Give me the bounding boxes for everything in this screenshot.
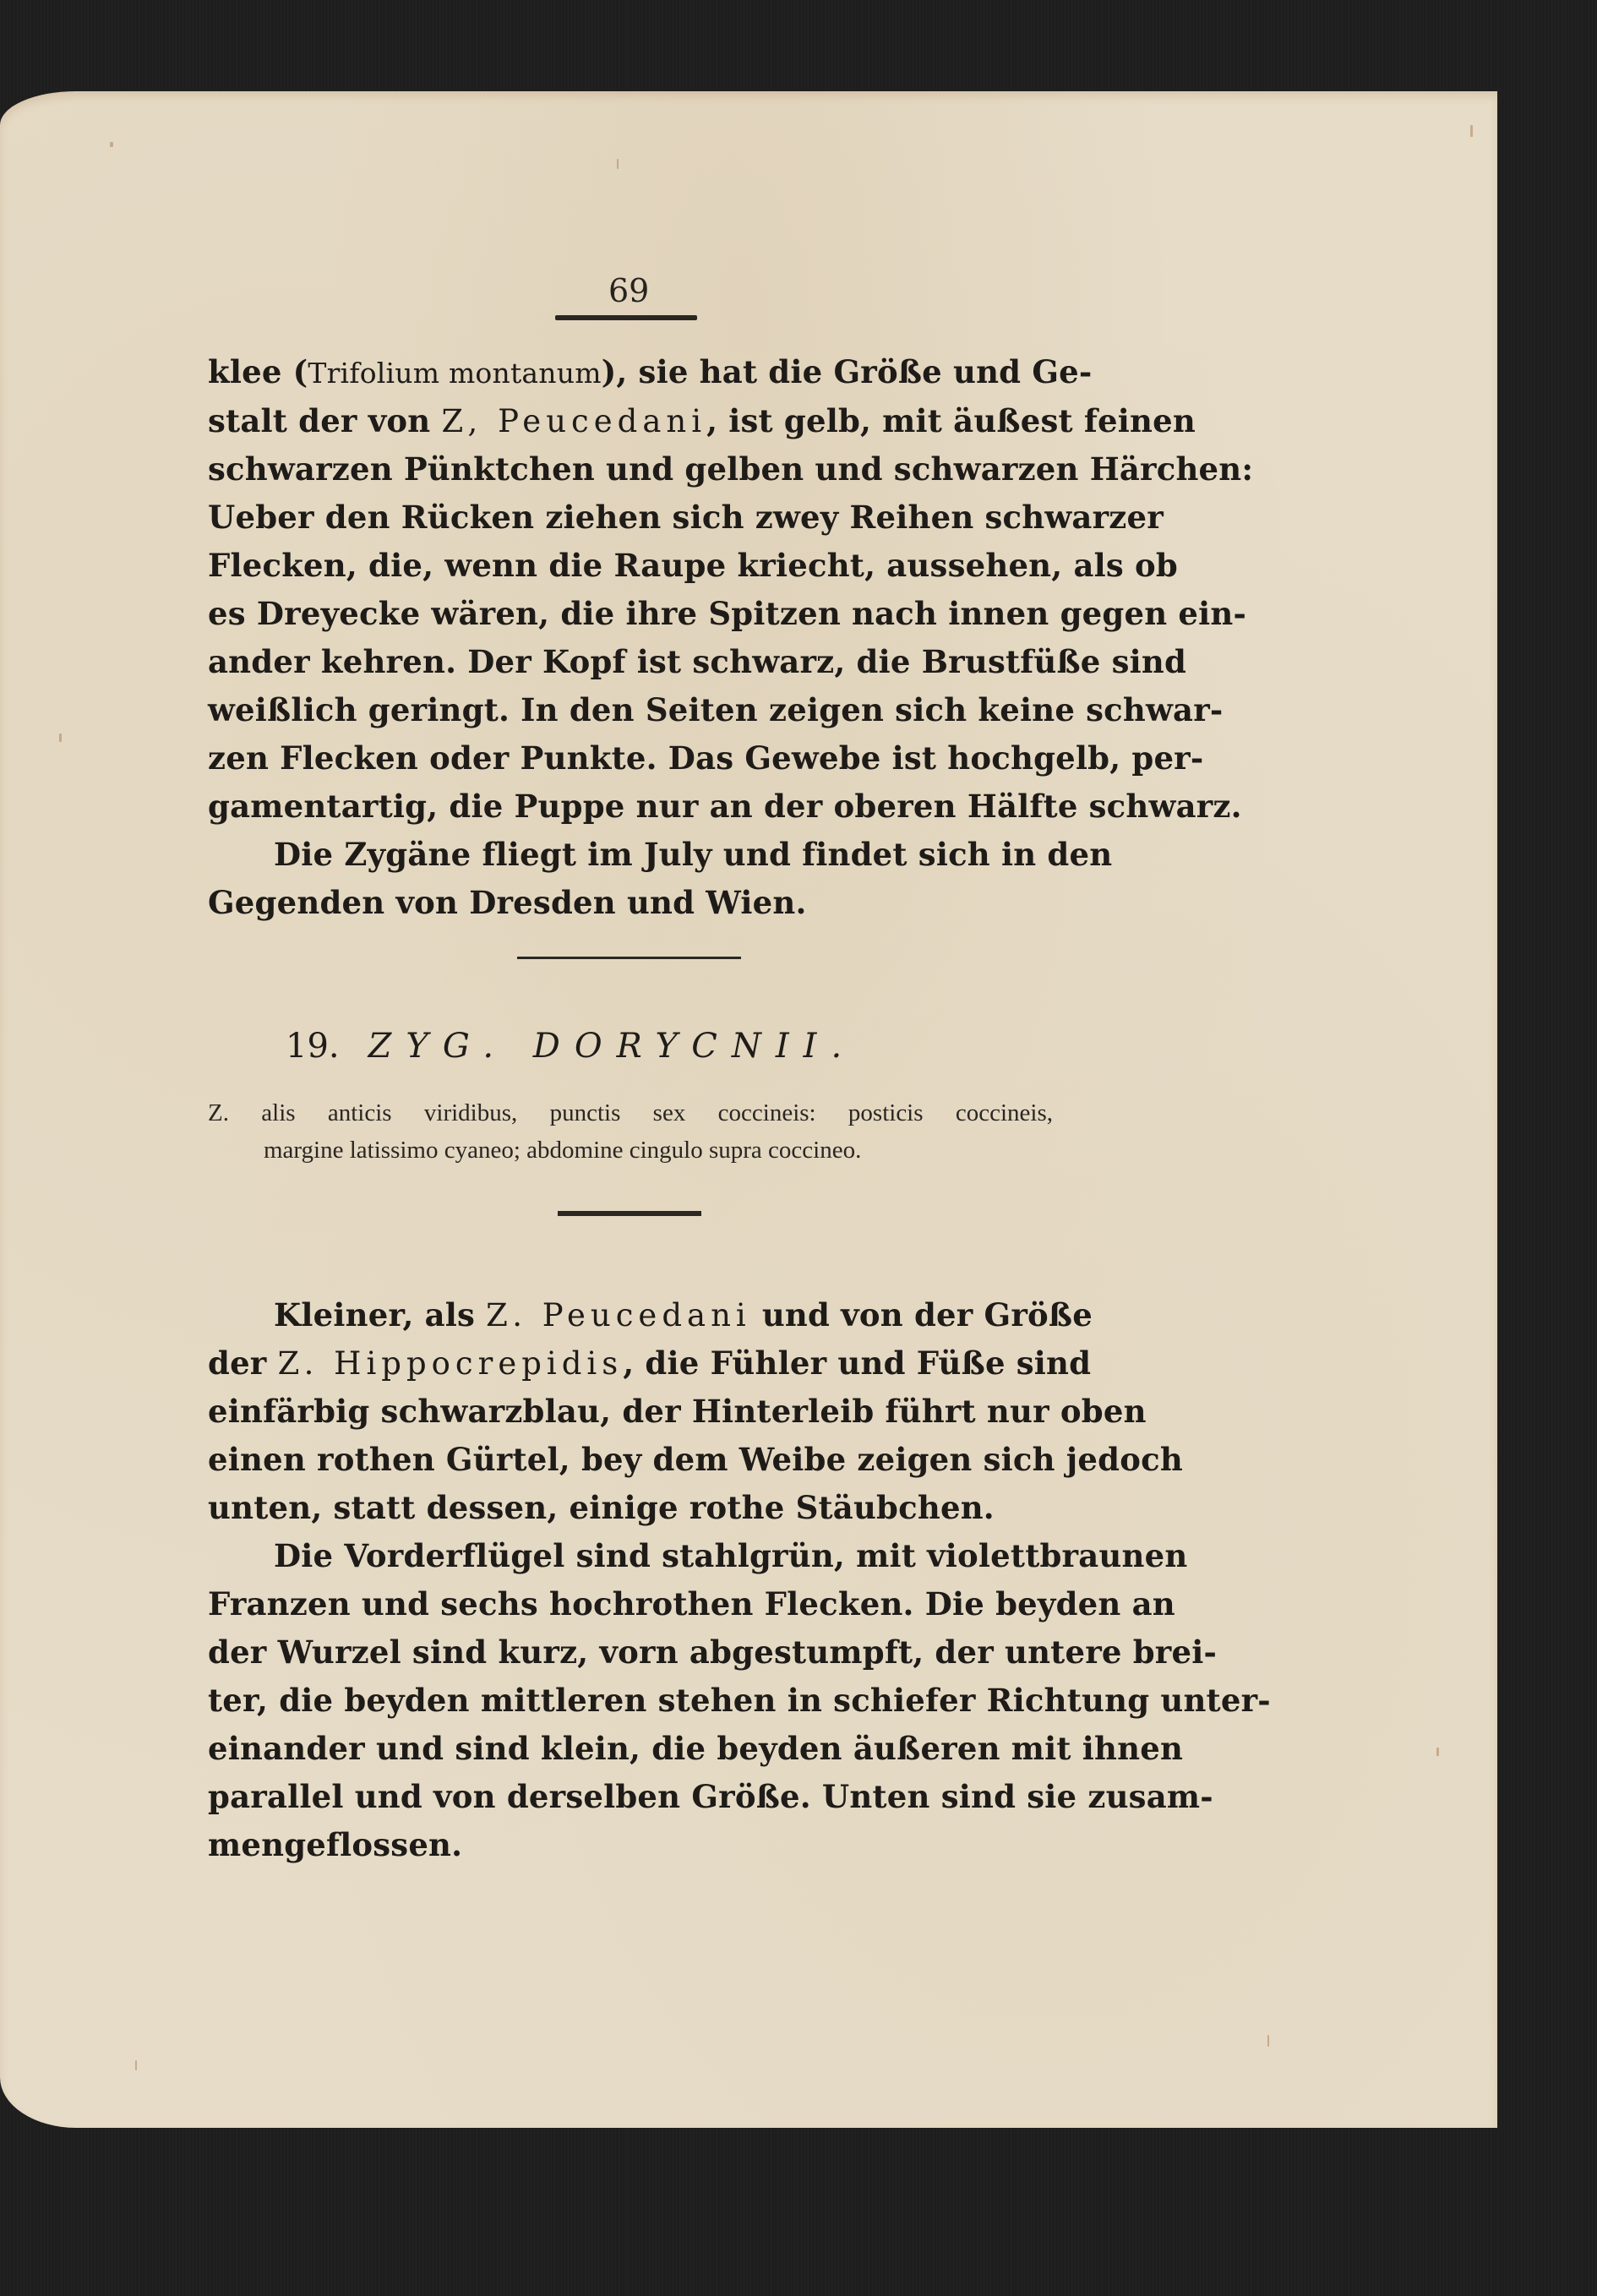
text-line: Die Zygäne fliegt im July und findet sic… (208, 831, 1044, 879)
paper-speck (1436, 1748, 1439, 1756)
text-line: einander und sind klein, die beyden äuße… (208, 1725, 1044, 1773)
paper-speck (59, 734, 62, 742)
text-line: klee (Trifolium montanum), sie hat die G… (208, 348, 1044, 397)
text-line: Flecken, die, wenn die Raupe kriecht, au… (208, 542, 1044, 590)
text-line: ander kehren. Der Kopf ist schwarz, die … (208, 638, 1044, 686)
text-line: Franzen und sechs hochrothen Flecken. Di… (208, 1580, 1044, 1628)
section-title: ZYG. DORYCNII. (368, 1027, 857, 1066)
paragraph-species-description: Kleiner, als Z. Peucedani und von der Gr… (208, 1291, 1044, 1869)
latin-plant-name: Trifolium montanum (308, 357, 601, 390)
text-line: der Wurzel sind kurz, vorn abgestumpft, … (208, 1628, 1044, 1677)
paper-speck (1267, 2035, 1269, 2047)
text-line: parallel und von derselben Größe. Unten … (208, 1773, 1044, 1821)
text-line: stalt der von Z, Peucedani, ist gelb, mi… (208, 397, 1044, 445)
paper-speck (1470, 125, 1473, 137)
diagnosis-separator (558, 1211, 701, 1216)
latin-diagnosis: Z. alis anticis viridibus, punctis sex c… (208, 1094, 1053, 1169)
text-line: der Z. Hippocrepidis, die Fühler und Füß… (208, 1339, 1044, 1388)
text-line: Ueber den Rücken ziehen sich zwey Reihen… (208, 494, 1044, 542)
text-line: Gegenden von Dresden und Wien. (208, 879, 1044, 927)
text-line: gamentartig, die Puppe nur an der oberen… (208, 783, 1044, 831)
text-line: weißlich geringt. In den Seiten zeigen s… (208, 686, 1044, 734)
diagnosis-line: margine latissimo cyaneo; abdomine cingu… (208, 1132, 1053, 1169)
section-number: 19. (286, 1027, 340, 1066)
text-line: unten, statt dessen, einige rothe Stäubc… (208, 1484, 1044, 1532)
text-line: einen rothen Gürtel, bey dem Weibe zeige… (208, 1436, 1044, 1484)
header-rule (555, 315, 697, 320)
text-line: ter, die beyden mittleren stehen in schi… (208, 1677, 1044, 1725)
text-line: es Dreyecke wären, die ihre Spitzen nach… (208, 590, 1044, 638)
text-line: mengeflossen. (208, 1821, 1044, 1869)
species-name: Z. Peucedani (486, 1297, 751, 1333)
text-line: Die Vorderflügel sind stahlgrün, mit vio… (208, 1532, 1044, 1580)
paper-speck (617, 159, 619, 169)
text-line: zen Flecken oder Punkte. Das Gewebe ist … (208, 734, 1044, 783)
section-separator (517, 957, 741, 959)
text-line: schwarzen Pünktchen und gelben und schwa… (208, 445, 1044, 494)
diagnosis-line: Z. alis anticis viridibus, punctis sex c… (208, 1094, 1053, 1132)
paper-speck (110, 142, 113, 147)
section-heading: 19.ZYG. DORYCNII. (286, 1027, 856, 1066)
paper-speck (135, 2060, 137, 2070)
species-name: Z, Peucedani (441, 403, 706, 439)
paragraph-caterpillar-description: klee (Trifolium montanum), sie hat die G… (208, 348, 1044, 927)
page-number: 69 (608, 272, 649, 309)
text-line: einfärbig schwarzblau, der Hinterleib fü… (208, 1388, 1044, 1436)
species-name: Z. Hippocrepidis (278, 1345, 624, 1382)
text-line: Kleiner, als Z. Peucedani und von der Gr… (208, 1291, 1044, 1339)
